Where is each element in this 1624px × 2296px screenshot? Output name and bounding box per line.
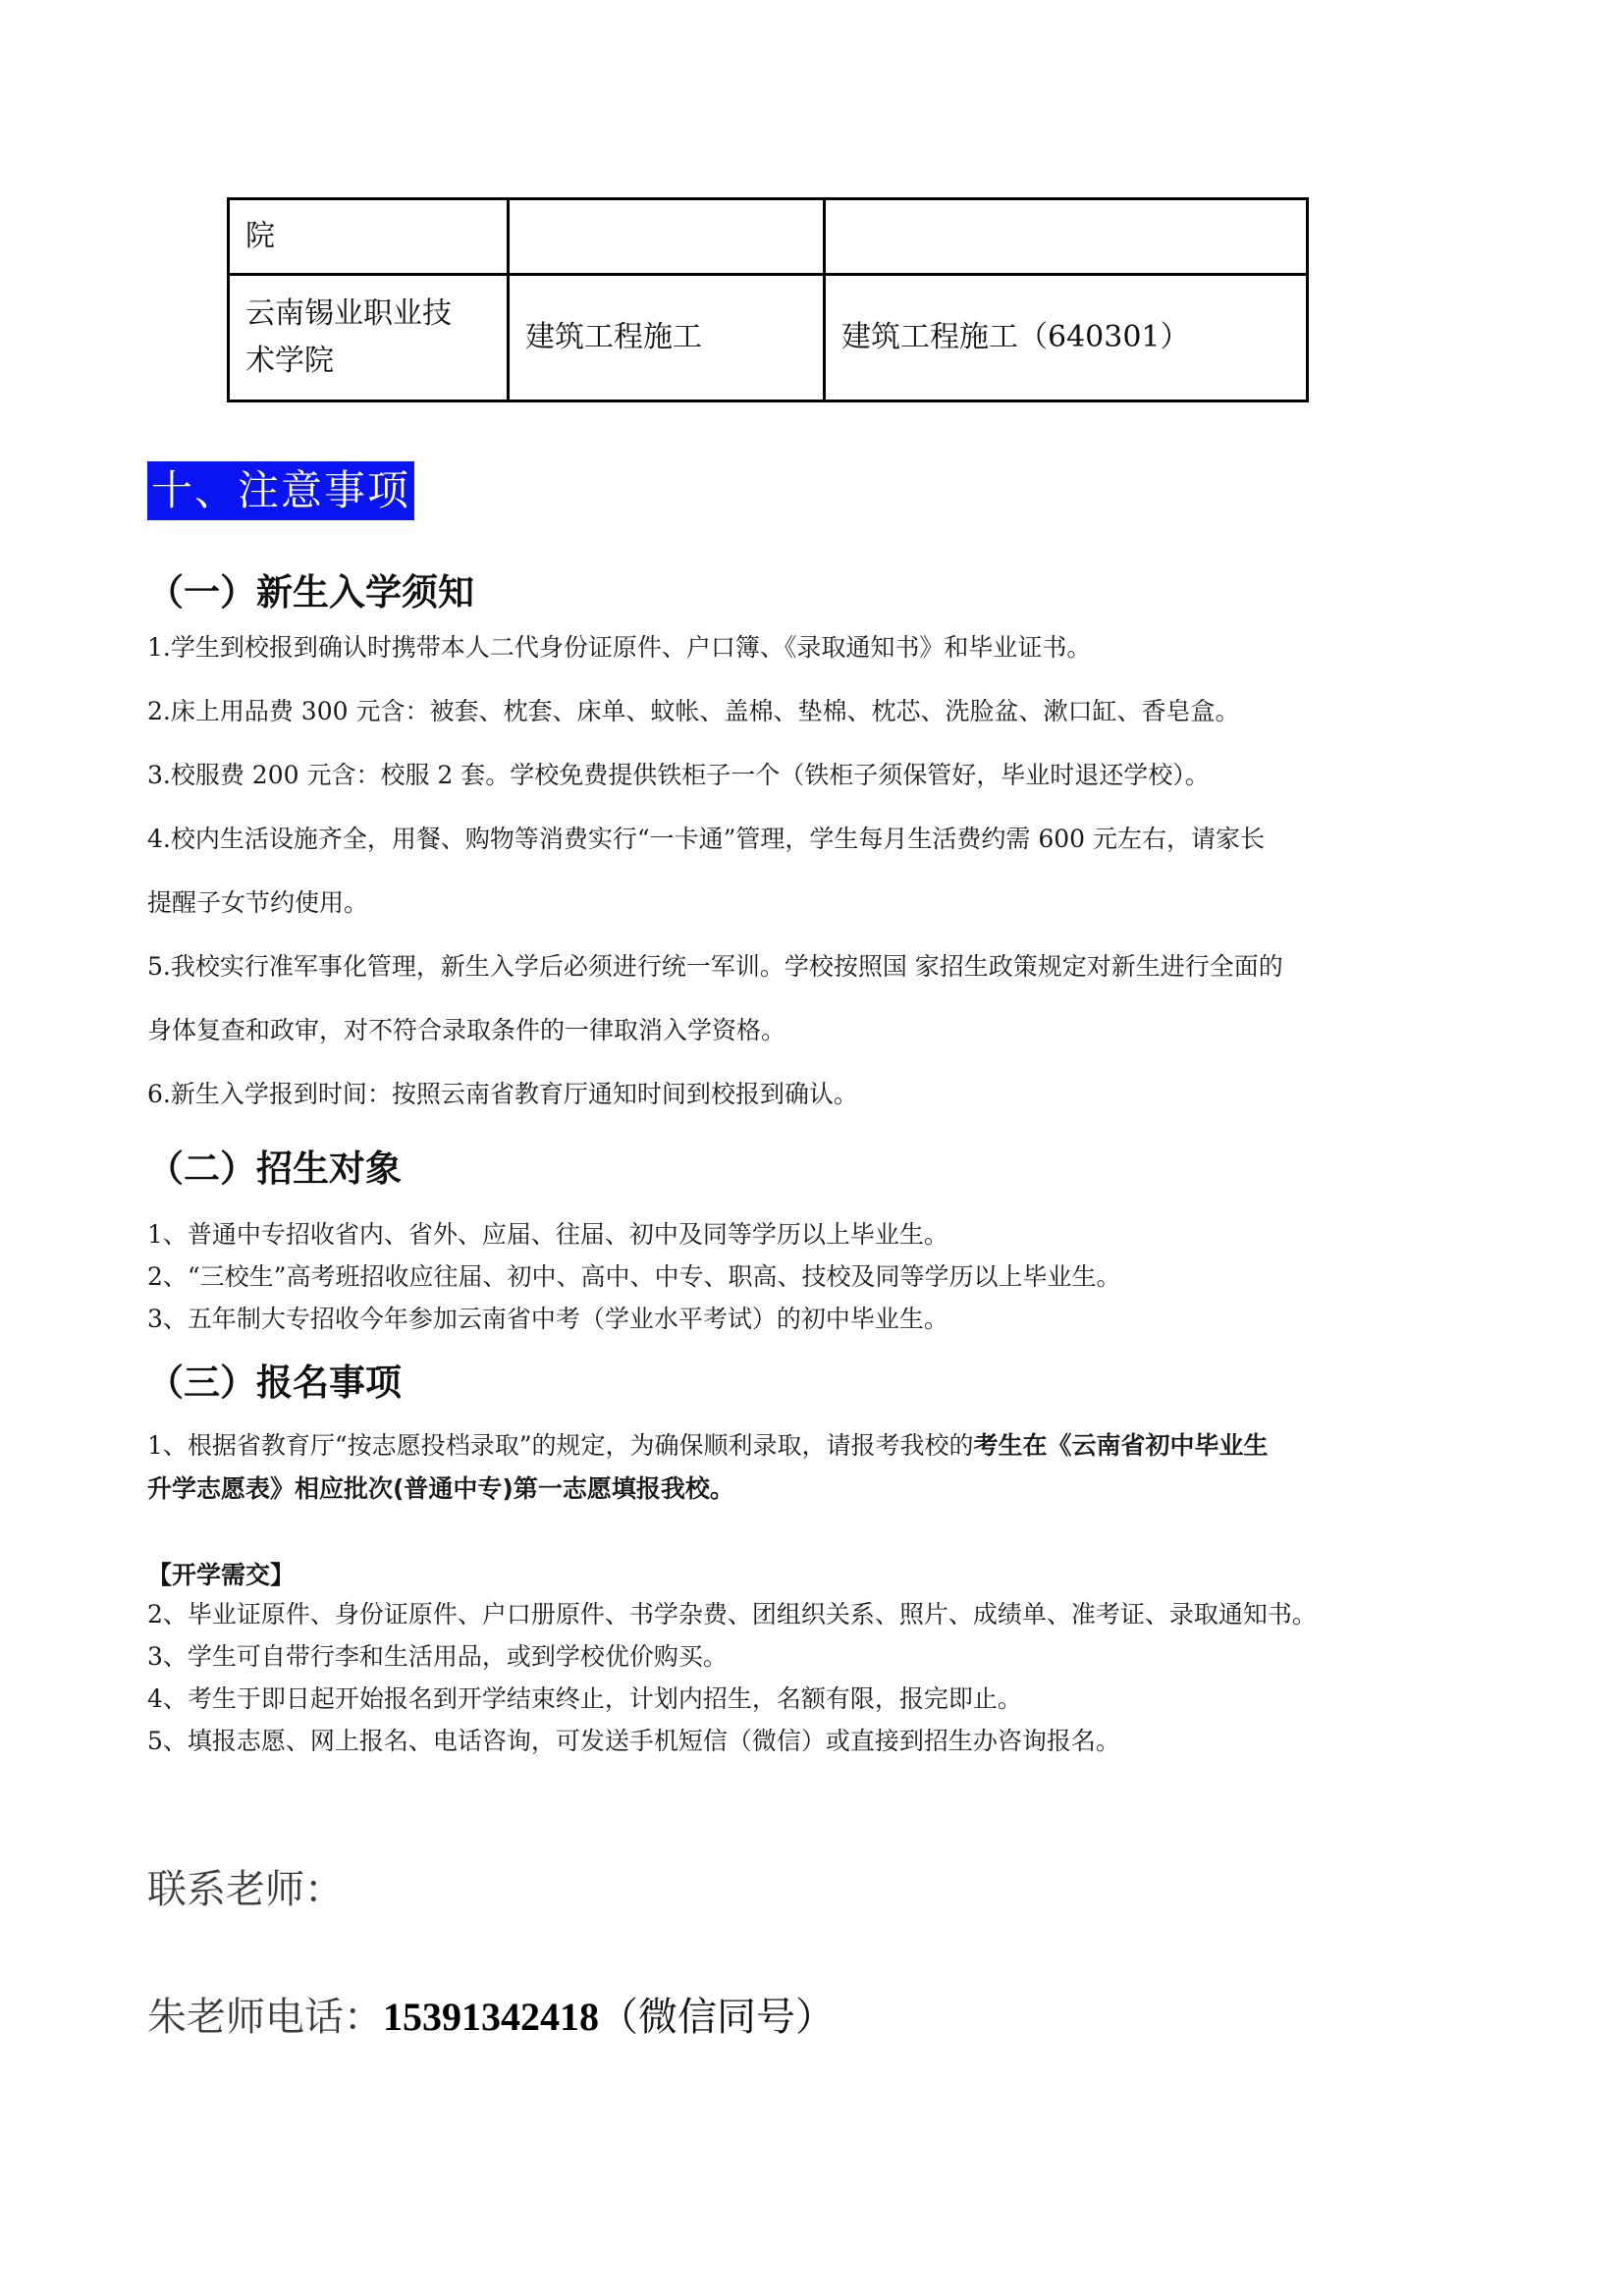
recruit-target-title: （二）招生对象 [147,1139,402,1192]
table-row: 云南锡业职业技 术学院 建筑工程施工 建筑工程施工（640301） [229,275,1308,401]
phone-number[interactable]: 15391342418 [383,1995,599,2039]
phone-note: （微信同号） [599,1995,835,2040]
notice-item: 5.我校实行准军事化管理，新生入学后必须进行统一军训。学校按照国 家招生政策规定… [147,947,1283,983]
major-code-cell [825,199,1308,275]
notice-item: 提醒子女节约使用。 [147,883,368,919]
contact-label: 联系老师： [147,1858,344,1914]
registration-item: 4、考生于即日起开始报名到开学结束终止，计划内招生，名额有限，报完即止。 [147,1680,1022,1715]
recruit-item: 1、普通中专招收省内、省外、应届、往届、初中及同等学历以上毕业生。 [147,1215,948,1251]
school-line-2: 术学院 [245,338,491,385]
contact-phone-line: 朱老师电话：15391342418（微信同号） [147,1986,835,2042]
table-row: 院 [229,199,1308,275]
registration-item-1-line2: 升学志愿表》相应批次(普通中专)第一志愿填报我校。 [147,1469,734,1505]
notice-item: 3.校服费 200 元含：校服 2 套。学校免费提供铁柜子一个（铁柜子须保管好，… [147,756,1210,791]
notice-item: 4.校内生活设施齐全，用餐、购物等消费实行“一卡通”管理，学生每月生活费约需 6… [147,820,1265,855]
phone-label: 朱老师电话： [147,1995,383,2040]
registration-item-1: 1、根据省教育厅“按志愿投档录取”的规定，为确保顺利录取，请报考我校的考生在《云… [147,1426,1269,1462]
school-line-1: 云南锡业职业技 [245,291,491,338]
notice-item: 2.床上用品费 300 元含：被套、枕套、床单、蚊帐、盖棉、垫棉、枕芯、洗脸盆、… [147,692,1239,727]
recruit-item: 2、“三校生”高考班招收应往届、初中、高中、中专、职高、技校及同等学历以上毕业生… [147,1257,1120,1293]
required-items-title: 【开学需交】 [147,1556,295,1591]
registration-title: （三）报名事项 [147,1353,402,1406]
major-cell: 建筑工程施工 [509,275,825,401]
registration-item-1-bold: 考生在《云南省初中毕业生 [973,1431,1268,1460]
major-cell [509,199,825,275]
registration-item: 2、毕业证原件、身份证原件、户口册原件、书学杂费、团组织关系、照片、成绩单、准考… [147,1595,1317,1630]
registration-item: 5、填报志愿、网上报名、电话咨询，可发送手机短信（微信）或直接到招生办咨询报名。 [147,1722,1120,1757]
school-cell: 院 [229,199,509,275]
major-code-cell: 建筑工程施工（640301） [825,275,1308,401]
notice-item: 身体复查和政审，对不符合录取条件的一律取消入学资格。 [147,1011,785,1046]
notice-item: 6.新生入学报到时间：按照云南省教育厅通知时间到校报到确认。 [147,1075,858,1110]
school-cell: 云南锡业职业技 术学院 [229,275,509,401]
major-table: 院 云南锡业职业技 术学院 建筑工程施工 建筑工程施工（640301） [227,197,1309,402]
notice-item: 1.学生到校报到确认时携带本人二代身份证原件、户口簿、《录取通知书》和毕业证书。 [147,628,1091,664]
enrollment-notice-title: （一）新生入学须知 [147,562,474,615]
registration-item-1-text: 1、根据省教育厅“按志愿投档录取”的规定，为确保顺利录取，请报考我校的 [147,1431,973,1460]
recruit-item: 3、五年制大专招收今年参加云南省中考（学业水平考试）的初中毕业生。 [147,1300,948,1335]
registration-item: 3、学生可自带行李和生活用品，或到学校优价购买。 [147,1637,728,1673]
section-title: 十、注意事项 [147,461,414,520]
